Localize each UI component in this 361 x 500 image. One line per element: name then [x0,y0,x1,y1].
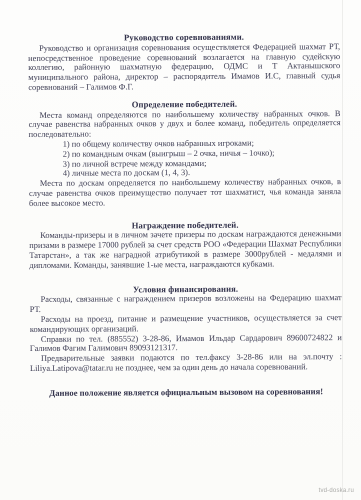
financing-paragraph-1: Расходы, связанные с награждением призер… [30,293,342,314]
management-paragraph: Руководство и организация соревнования о… [28,42,340,93]
watermark: tvd-doska.ru [319,488,354,494]
financing-paragraph-2: Расходы на проезд, питание и размещение … [30,313,342,334]
scan-edge-line [342,0,343,500]
financing-paragraph-3: Справки по тел. (885552) 3-28-86, Имамов… [30,333,342,354]
document-body: Руководство соревнованиями. Руководство … [28,32,342,398]
winners-intro-paragraph: Места команд определяются по наибольшему… [28,109,340,140]
scanned-document-page: Руководство соревнованиями. Руководство … [0,0,361,500]
winners-outro-paragraph: Места по доскам определяется по наибольш… [29,177,341,208]
closing-statement: Данное положение является официальным вы… [30,387,342,399]
awards-paragraph: Команды-призеры и в личном зачете призер… [29,229,341,270]
tiebreak-list: 1) по общему количеству очков набранных … [63,138,341,179]
financing-paragraph-4: Предварительные заявки подаются по тел.ф… [30,352,342,373]
